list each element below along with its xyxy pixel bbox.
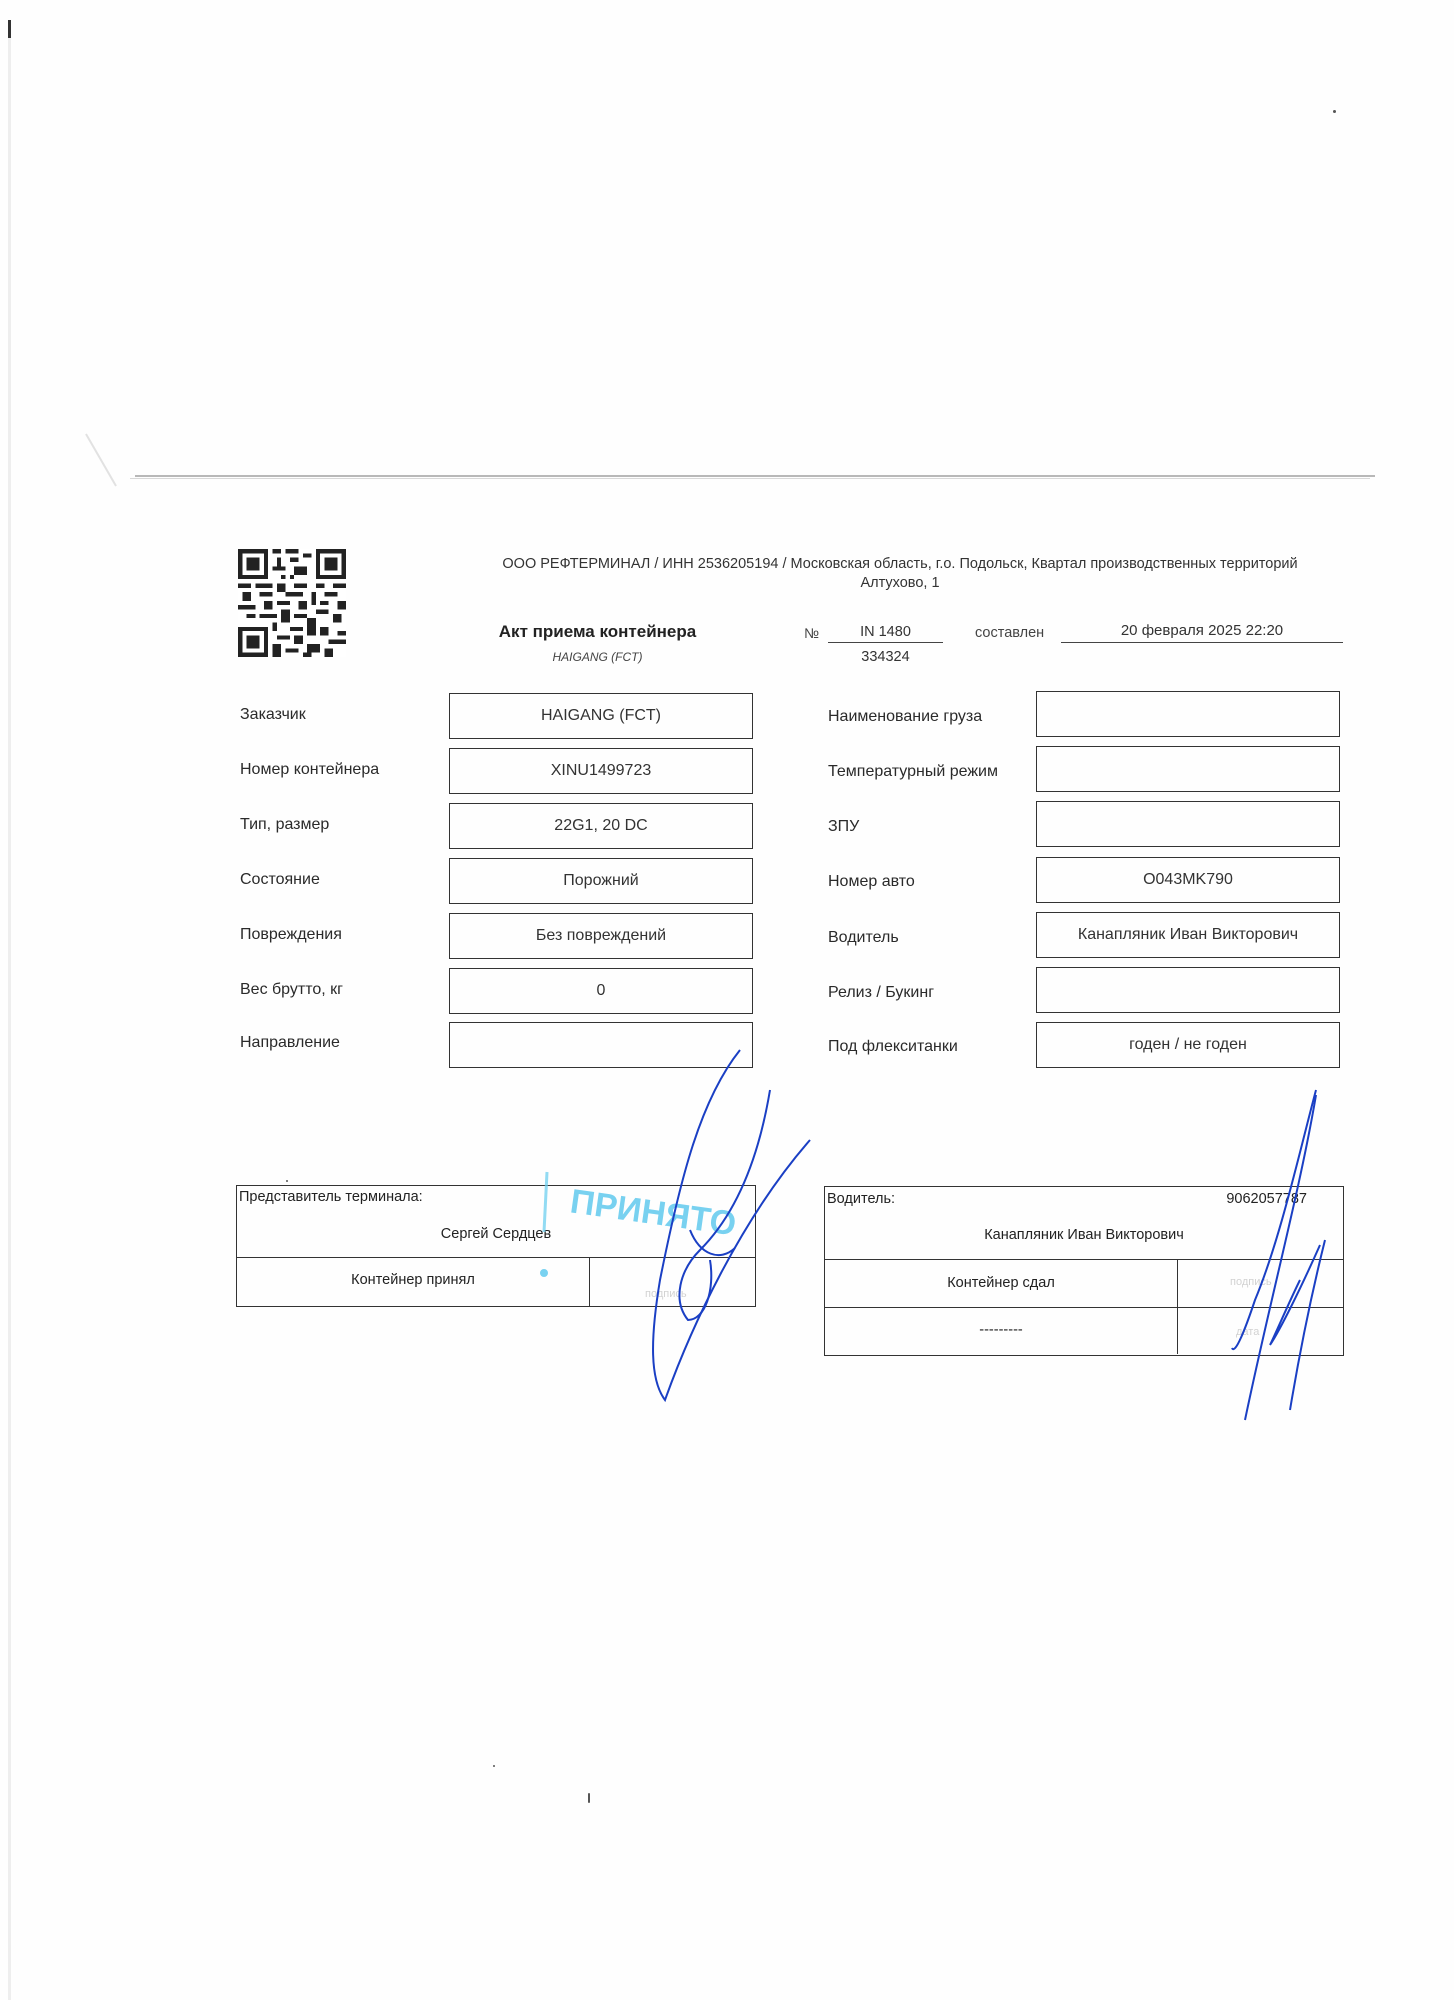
paper-fold-edge — [85, 434, 117, 487]
document-number-sub: 334324 — [828, 649, 943, 665]
field-label-temperature: Температурный режим — [828, 763, 998, 781]
signature-cell: подпись — [589, 1258, 590, 1306]
organization-info: ООО РЕФТЕРМИНАЛ / ИНН 2536205194 / Моско… — [440, 555, 1360, 593]
field-label-damage: Повреждения — [240, 926, 342, 944]
document-title: Акт приема контейнера — [440, 622, 755, 642]
organization-line-2: Алтухово, 1 — [440, 574, 1360, 593]
terminal-signature-block: Представитель терминала: Сергей Сердцев … — [236, 1185, 756, 1307]
field-label-cargo-name: Наименование груза — [828, 708, 982, 726]
field-label-seal: ЗПУ — [828, 818, 859, 836]
scan-corner-mark — [8, 20, 11, 38]
terminal-representative-row: Представитель терминала: Сергей Сердцев — [237, 1186, 755, 1258]
container-handed-label: Контейнер сдал — [825, 1275, 1177, 1291]
field-label-gross-weight: Вес брутто, кг — [240, 981, 343, 999]
field-container-number: XINU1499723 — [449, 748, 753, 794]
scan-speck — [286, 1180, 288, 1182]
driver-phone: 9062057787 — [1226, 1191, 1307, 1207]
field-label-vehicle-number: Номер авто — [828, 873, 915, 891]
date-placeholder: --------- — [825, 1322, 1177, 1338]
field-type-size: 22G1, 20 DC — [449, 803, 753, 849]
scan-edge — [8, 20, 11, 2000]
field-direction — [449, 1022, 753, 1068]
signature-hint: подпись — [645, 1288, 687, 1300]
driver-label: Водитель: — [827, 1191, 895, 1207]
field-label-release-booking: Релиз / Букинг — [828, 984, 934, 1002]
document-number: IN 1480 — [828, 624, 943, 643]
field-vehicle-number: O043MK790 — [1036, 857, 1340, 903]
container-accepted-label: Контейнер принял — [237, 1272, 589, 1288]
driver-name: Канапляник Иван Викторович — [825, 1227, 1343, 1243]
field-label-driver: Водитель — [828, 929, 899, 947]
field-label-direction: Направление — [240, 1034, 340, 1052]
scan-speck — [588, 1793, 590, 1803]
driver-date-hint: дата — [1236, 1326, 1259, 1338]
field-temperature — [1036, 746, 1340, 792]
field-flexitank: годен / не годен — [1036, 1022, 1340, 1068]
paper-fold-line — [135, 475, 1375, 477]
document-subtitle: HAIGANG (FCT) — [440, 650, 755, 664]
field-label-condition: Состояние — [240, 871, 320, 889]
field-label-flexitank: Под флекситанки — [828, 1038, 958, 1056]
field-condition: Порожний — [449, 858, 753, 904]
terminal-accepted-row: Контейнер принял подпись — [237, 1258, 755, 1306]
field-driver: Канапляник Иван Викторович — [1036, 912, 1340, 958]
driver-date-row: --------- дата — [825, 1308, 1343, 1354]
field-damage: Без повреждений — [449, 913, 753, 959]
qr-code-icon — [238, 549, 346, 657]
field-customer: HAIGANG (FCT) — [449, 693, 753, 739]
terminal-representative-label: Представитель терминала: — [239, 1189, 423, 1205]
driver-handed-row: Контейнер сдал подпись — [825, 1260, 1343, 1308]
terminal-representative-name: Сергей Сердцев — [237, 1226, 755, 1242]
organization-line-1: ООО РЕФТЕРМИНАЛ / ИНН 2536205194 / Моско… — [440, 555, 1360, 574]
driver-date-cell: дата — [1177, 1308, 1178, 1354]
driver-signature-cell: подпись — [1177, 1260, 1178, 1307]
field-gross-weight: 0 — [449, 968, 753, 1014]
field-label-type-size: Тип, размер — [240, 816, 329, 834]
field-label-container-number: Номер контейнера — [240, 761, 379, 779]
made-datetime: 20 февраля 2025 22:20 — [1061, 622, 1343, 643]
driver-row: Водитель: 9062057787 Канапляник Иван Вик… — [825, 1187, 1343, 1260]
field-label-customer: Заказчик — [240, 706, 306, 724]
paper-fold-line-shadow — [130, 478, 1370, 479]
field-cargo-name — [1036, 691, 1340, 737]
driver-signature-hint: подпись — [1230, 1276, 1272, 1288]
driver-signature-block: Водитель: 9062057787 Канапляник Иван Вик… — [824, 1186, 1344, 1356]
field-release-booking — [1036, 967, 1340, 1013]
scan-speck — [1333, 110, 1336, 113]
made-label: составлен — [975, 625, 1044, 641]
scan-speck — [493, 1765, 495, 1767]
field-seal — [1036, 801, 1340, 847]
number-label: № — [804, 625, 819, 641]
